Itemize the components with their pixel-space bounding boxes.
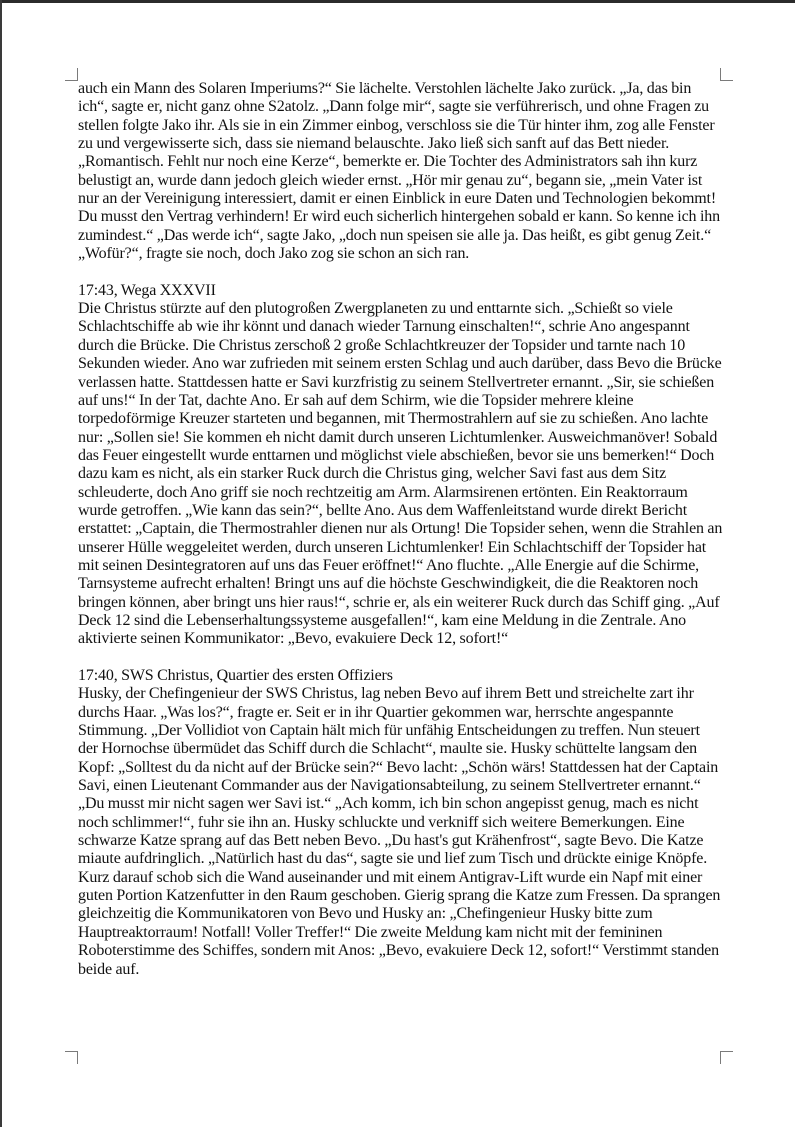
paragraph-3: Husky, der Chefingenieur der SWS Christu… <box>78 685 723 979</box>
paragraph-2: Die Christus stürzte auf den plutogroßen… <box>78 300 723 649</box>
crop-mark-bottom-right-icon <box>720 1051 733 1064</box>
paragraph-1: auch ein Mann des Solaren Imperiums?“ Si… <box>78 80 723 263</box>
paragraph-gap <box>78 263 723 281</box>
section-heading-1: 17:43, Wega XXXVII <box>78 282 723 300</box>
document-body[interactable]: auch ein Mann des Solaren Imperiums?“ Si… <box>78 80 723 979</box>
paragraph-gap <box>78 649 723 667</box>
crop-mark-bottom-left-icon <box>65 1051 78 1064</box>
section-heading-2: 17:40, SWS Christus, Quartier des ersten… <box>78 667 723 685</box>
crop-mark-top-left-icon <box>65 68 78 81</box>
